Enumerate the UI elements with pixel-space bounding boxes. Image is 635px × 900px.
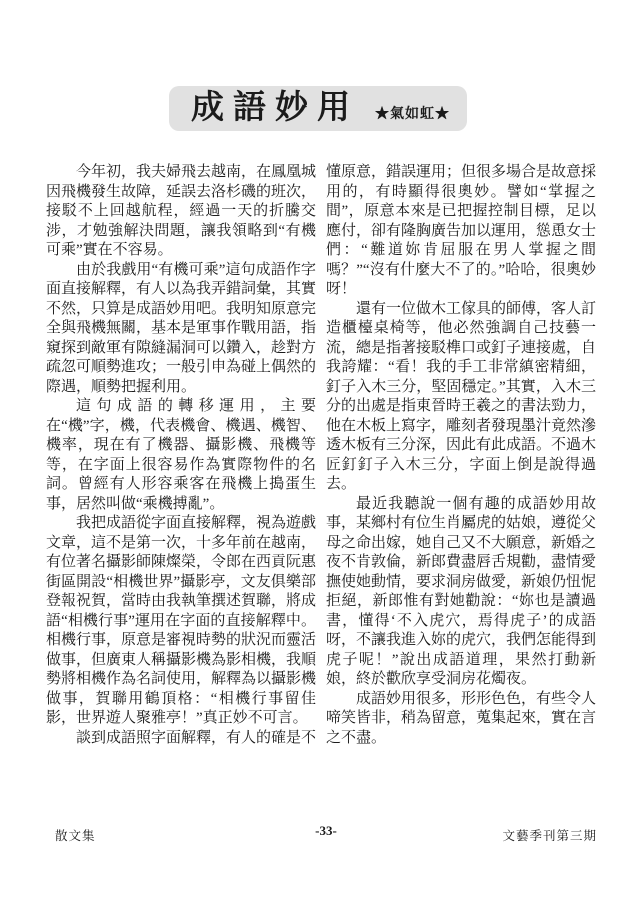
paragraph: 懂原意，錯誤運用；但很多場合是故意採用的，有時顯得很奧妙。譬如“掌握之間”，原意… [326, 163, 596, 300]
right-column: 懂原意，錯誤運用；但很多場合是故意採用的，有時顯得很奧妙。譬如“掌握之間”，原意… [326, 163, 596, 748]
paragraph: 這句成語的轉移運用，主要在“機”字，機，代表機會、機遇、機智、機率，現在有了機器… [46, 397, 316, 514]
paragraph: 今年初，我夫婦飛去越南，在鳳凰城因飛機發生故障，延誤去洛杉磯的班次，接駁不上回越… [46, 163, 316, 261]
article-title-box: 成語妙用 ★氣如虹★ [169, 86, 467, 131]
footer-collection-label: 散文集 [55, 826, 96, 844]
paragraph: 談到成語照字面解釋，有人的確是不 [46, 729, 316, 749]
paragraph: 成語妙用很多，形形色色，有些令人啼笑皆非，稍為留意，蒐集起來，實在言之不盡。 [326, 690, 596, 749]
paragraph: 還有一位做木工傢具的師傅，客人訂造櫃檯桌椅等，他必然強調自己技藝一流，總是指著接… [326, 300, 596, 495]
article-author: ★氣如虹★ [375, 108, 450, 122]
paragraph: 由於我戲用“有機可乘”這句成語作字面直接解釋，有人以為我弄錯詞彙，其實不然，只算… [46, 261, 316, 398]
paragraph: 我把成語從字面直接解釋，視為遊戲文章，這不是第一次，十多年前在越南，有位著名攝影… [46, 514, 316, 729]
article-title: 成語妙用 [191, 92, 359, 125]
left-column: 今年初，我夫婦飛去越南，在鳳凰城因飛機發生故障，延誤去洛杉磯的班次，接駁不上回越… [46, 163, 316, 748]
document-page: 成語妙用 ★氣如虹★ 今年初，我夫婦飛去越南，在鳳凰城因飛機發生故障，延誤去洛杉… [0, 0, 635, 900]
page-footer: 散文集 -33- 文藝季刊第三期 [55, 826, 597, 844]
paragraph: 最近我聽說一個有趣的成語妙用故事，某鄉村有位生肖屬虎的姑娘，遵從父母之命出嫁，她… [326, 495, 596, 690]
article-body: 今年初，我夫婦飛去越南，在鳳凰城因飛機發生故障，延誤去洛杉磯的班次，接駁不上回越… [46, 163, 596, 748]
footer-journal-label: 文藝季刊第三期 [502, 826, 597, 844]
page-number: -33- [315, 823, 337, 839]
